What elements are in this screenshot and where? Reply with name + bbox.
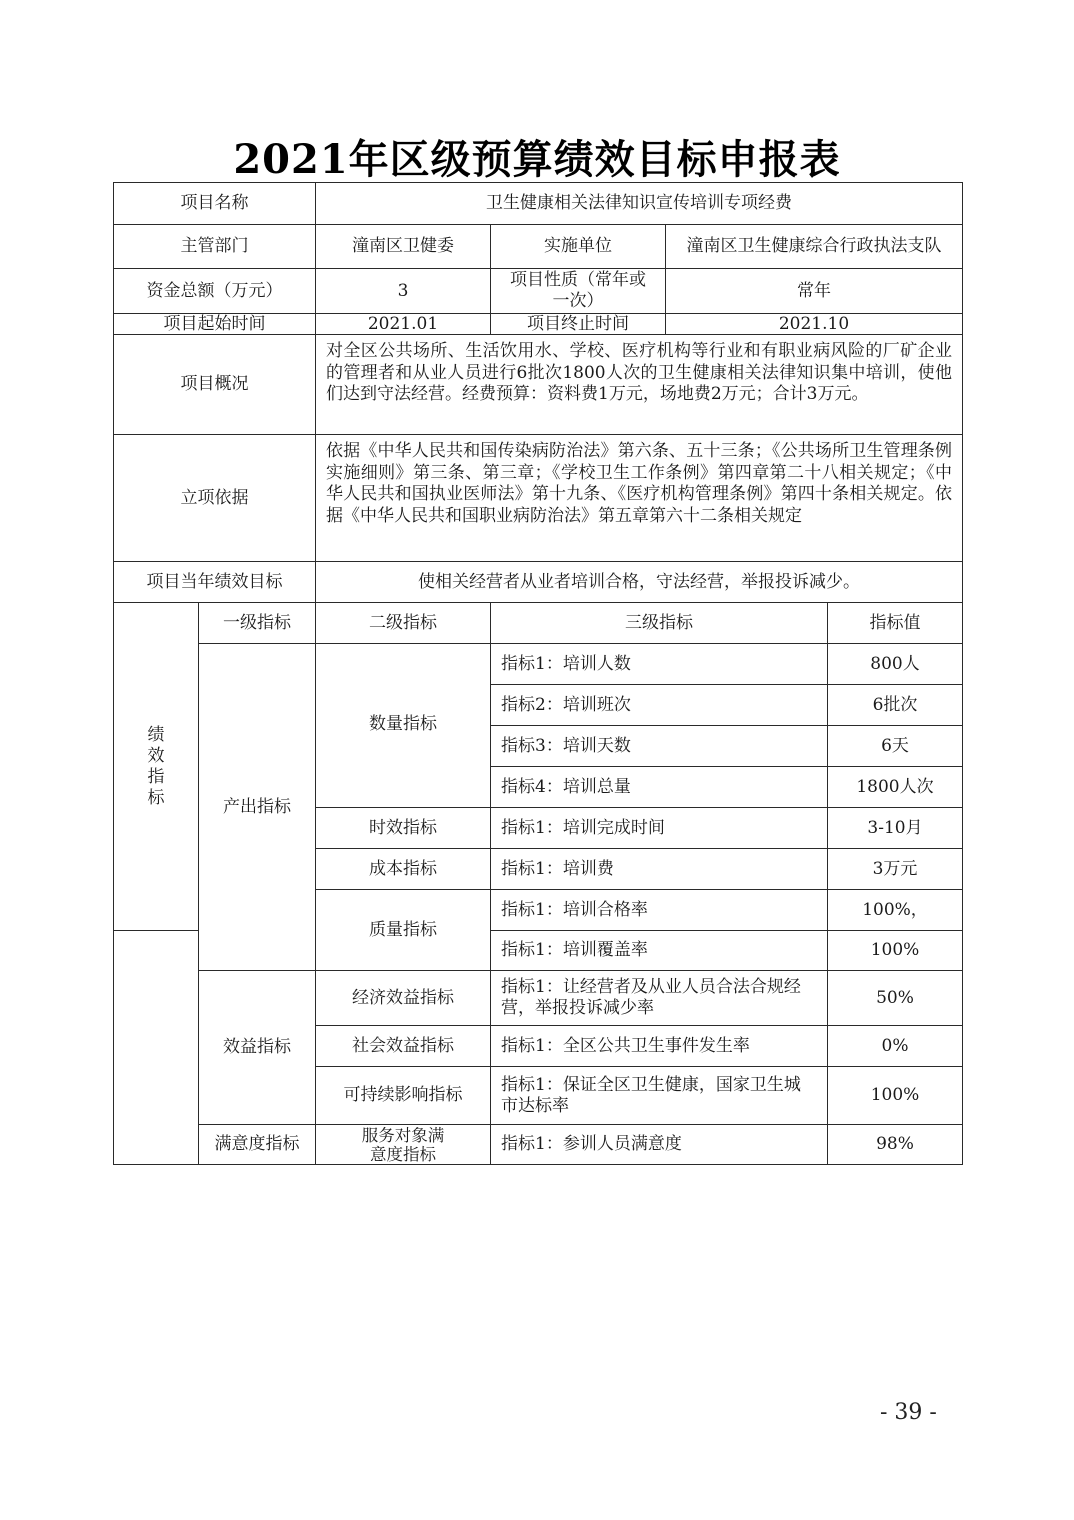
indicator-row-name: 指标4：培训总量 [490, 766, 828, 808]
indicator-row-name: 指标1：参训人员满意度 [490, 1124, 828, 1165]
indicator-row-value: 98% [827, 1124, 963, 1165]
quality-indicator-label: 质量指标 [315, 889, 491, 971]
indicator-row-value: 100% [827, 1066, 963, 1125]
indicator-row-name: 指标1：培训完成时间 [490, 807, 828, 849]
nature-label: 项目性质（常年或一次） [490, 268, 666, 314]
indicator-row-name: 指标1：培训覆盖率 [490, 930, 828, 971]
indicator-row-value: 50% [827, 970, 963, 1026]
indicator-row-value: 0% [827, 1025, 963, 1067]
header-level2: 二级指标 [315, 602, 491, 644]
indicator-row-value: 6天 [827, 725, 963, 767]
indicator-row-name: 指标1：培训人数 [490, 643, 828, 685]
header-value: 指标值 [827, 602, 963, 644]
nature-value: 常年 [665, 268, 963, 314]
cost-indicator-label: 成本指标 [315, 848, 491, 890]
start-label: 项目起始时间 [113, 313, 316, 335]
indicator-row-value: 100%， [827, 889, 963, 931]
dept-value: 潼南区卫健委 [315, 224, 491, 269]
social-benefit-label: 社会效益指标 [315, 1025, 491, 1067]
overview-value: 对全区公共场所、生活饮用水、学校、医疗机构等行业和有职业病风险的厂矿企业的管理者… [315, 334, 963, 435]
indicator-row-value: 800人 [827, 643, 963, 685]
overview-label: 项目概况 [113, 334, 316, 435]
project-name-value: 卫生健康相关法律知识宣传培训专项经费 [315, 182, 963, 225]
page-title: 2021年区级预算绩效目标申报表 [0, 128, 1074, 185]
project-name-label: 项目名称 [113, 182, 316, 225]
indicator-row-value: 3万元 [827, 848, 963, 890]
output-indicator-label: 产出指标 [198, 643, 316, 971]
indicator-row-name: 指标1：培训合格率 [490, 889, 828, 931]
indicator-row-name: 指标2：培训班次 [490, 684, 828, 726]
end-value: 2021.10 [665, 313, 963, 335]
benefit-indicator-label: 效益指标 [198, 970, 316, 1125]
basis-label: 立项依据 [113, 434, 316, 562]
indicator-row-value: 6批次 [827, 684, 963, 726]
start-value: 2021.01 [315, 313, 491, 335]
indicator-row-value: 1800人次 [827, 766, 963, 808]
impl-label: 实施单位 [490, 224, 666, 269]
impl-value: 潼南区卫生健康综合行政执法支队 [665, 224, 963, 269]
indicator-row-name: 指标3：培训天数 [490, 725, 828, 767]
side-char: 效 [148, 746, 165, 767]
side-char: 标 [148, 788, 165, 809]
end-label: 项目终止时间 [490, 313, 666, 335]
dept-label: 主管部门 [113, 224, 316, 269]
page-number: - 39 - [880, 1400, 937, 1425]
goal-label: 项目当年绩效目标 [113, 561, 316, 603]
funds-label: 资金总额（万元） [113, 268, 316, 314]
satisfaction-indicator-label: 满意度指标 [198, 1124, 316, 1165]
header-level3: 三级指标 [490, 602, 828, 644]
indicator-row-name: 指标1：让经营者及从业人员合法合规经营，举报投诉减少率 [490, 970, 828, 1026]
goal-value: 使相关经营者从业者培训合格，守法经营，举报投诉减少。 [315, 561, 963, 603]
timeliness-indicator-label: 时效指标 [315, 807, 491, 849]
side-blank-cell [113, 930, 199, 1165]
basis-value: 依据《中华人民共和国传染病防治法》第六条、五十三条；《公共场所卫生管理条例实施细… [315, 434, 963, 562]
side-char: 绩 [148, 725, 165, 746]
indicator-row-name: 指标1：全区公共卫生事件发生率 [490, 1025, 828, 1067]
side-char: 指 [148, 767, 165, 788]
header-level1: 一级指标 [198, 602, 316, 644]
indicator-row-value: 100% [827, 930, 963, 971]
indicator-row-name: 指标1：保证全区卫生健康，国家卫生城市达标率 [490, 1066, 828, 1125]
indicator-row-value: 3-10月 [827, 807, 963, 849]
sustainability-label: 可持续影响指标 [315, 1066, 491, 1125]
performance-indicator-side-label: 绩 效 指 标 [113, 602, 199, 931]
indicator-row-name: 指标1：培训费 [490, 848, 828, 890]
service-satisfaction-label: 服务对象满意度指标 [315, 1124, 491, 1165]
funds-value: 3 [315, 268, 491, 314]
economic-benefit-label: 经济效益指标 [315, 970, 491, 1026]
quantity-indicator-label: 数量指标 [315, 643, 491, 808]
